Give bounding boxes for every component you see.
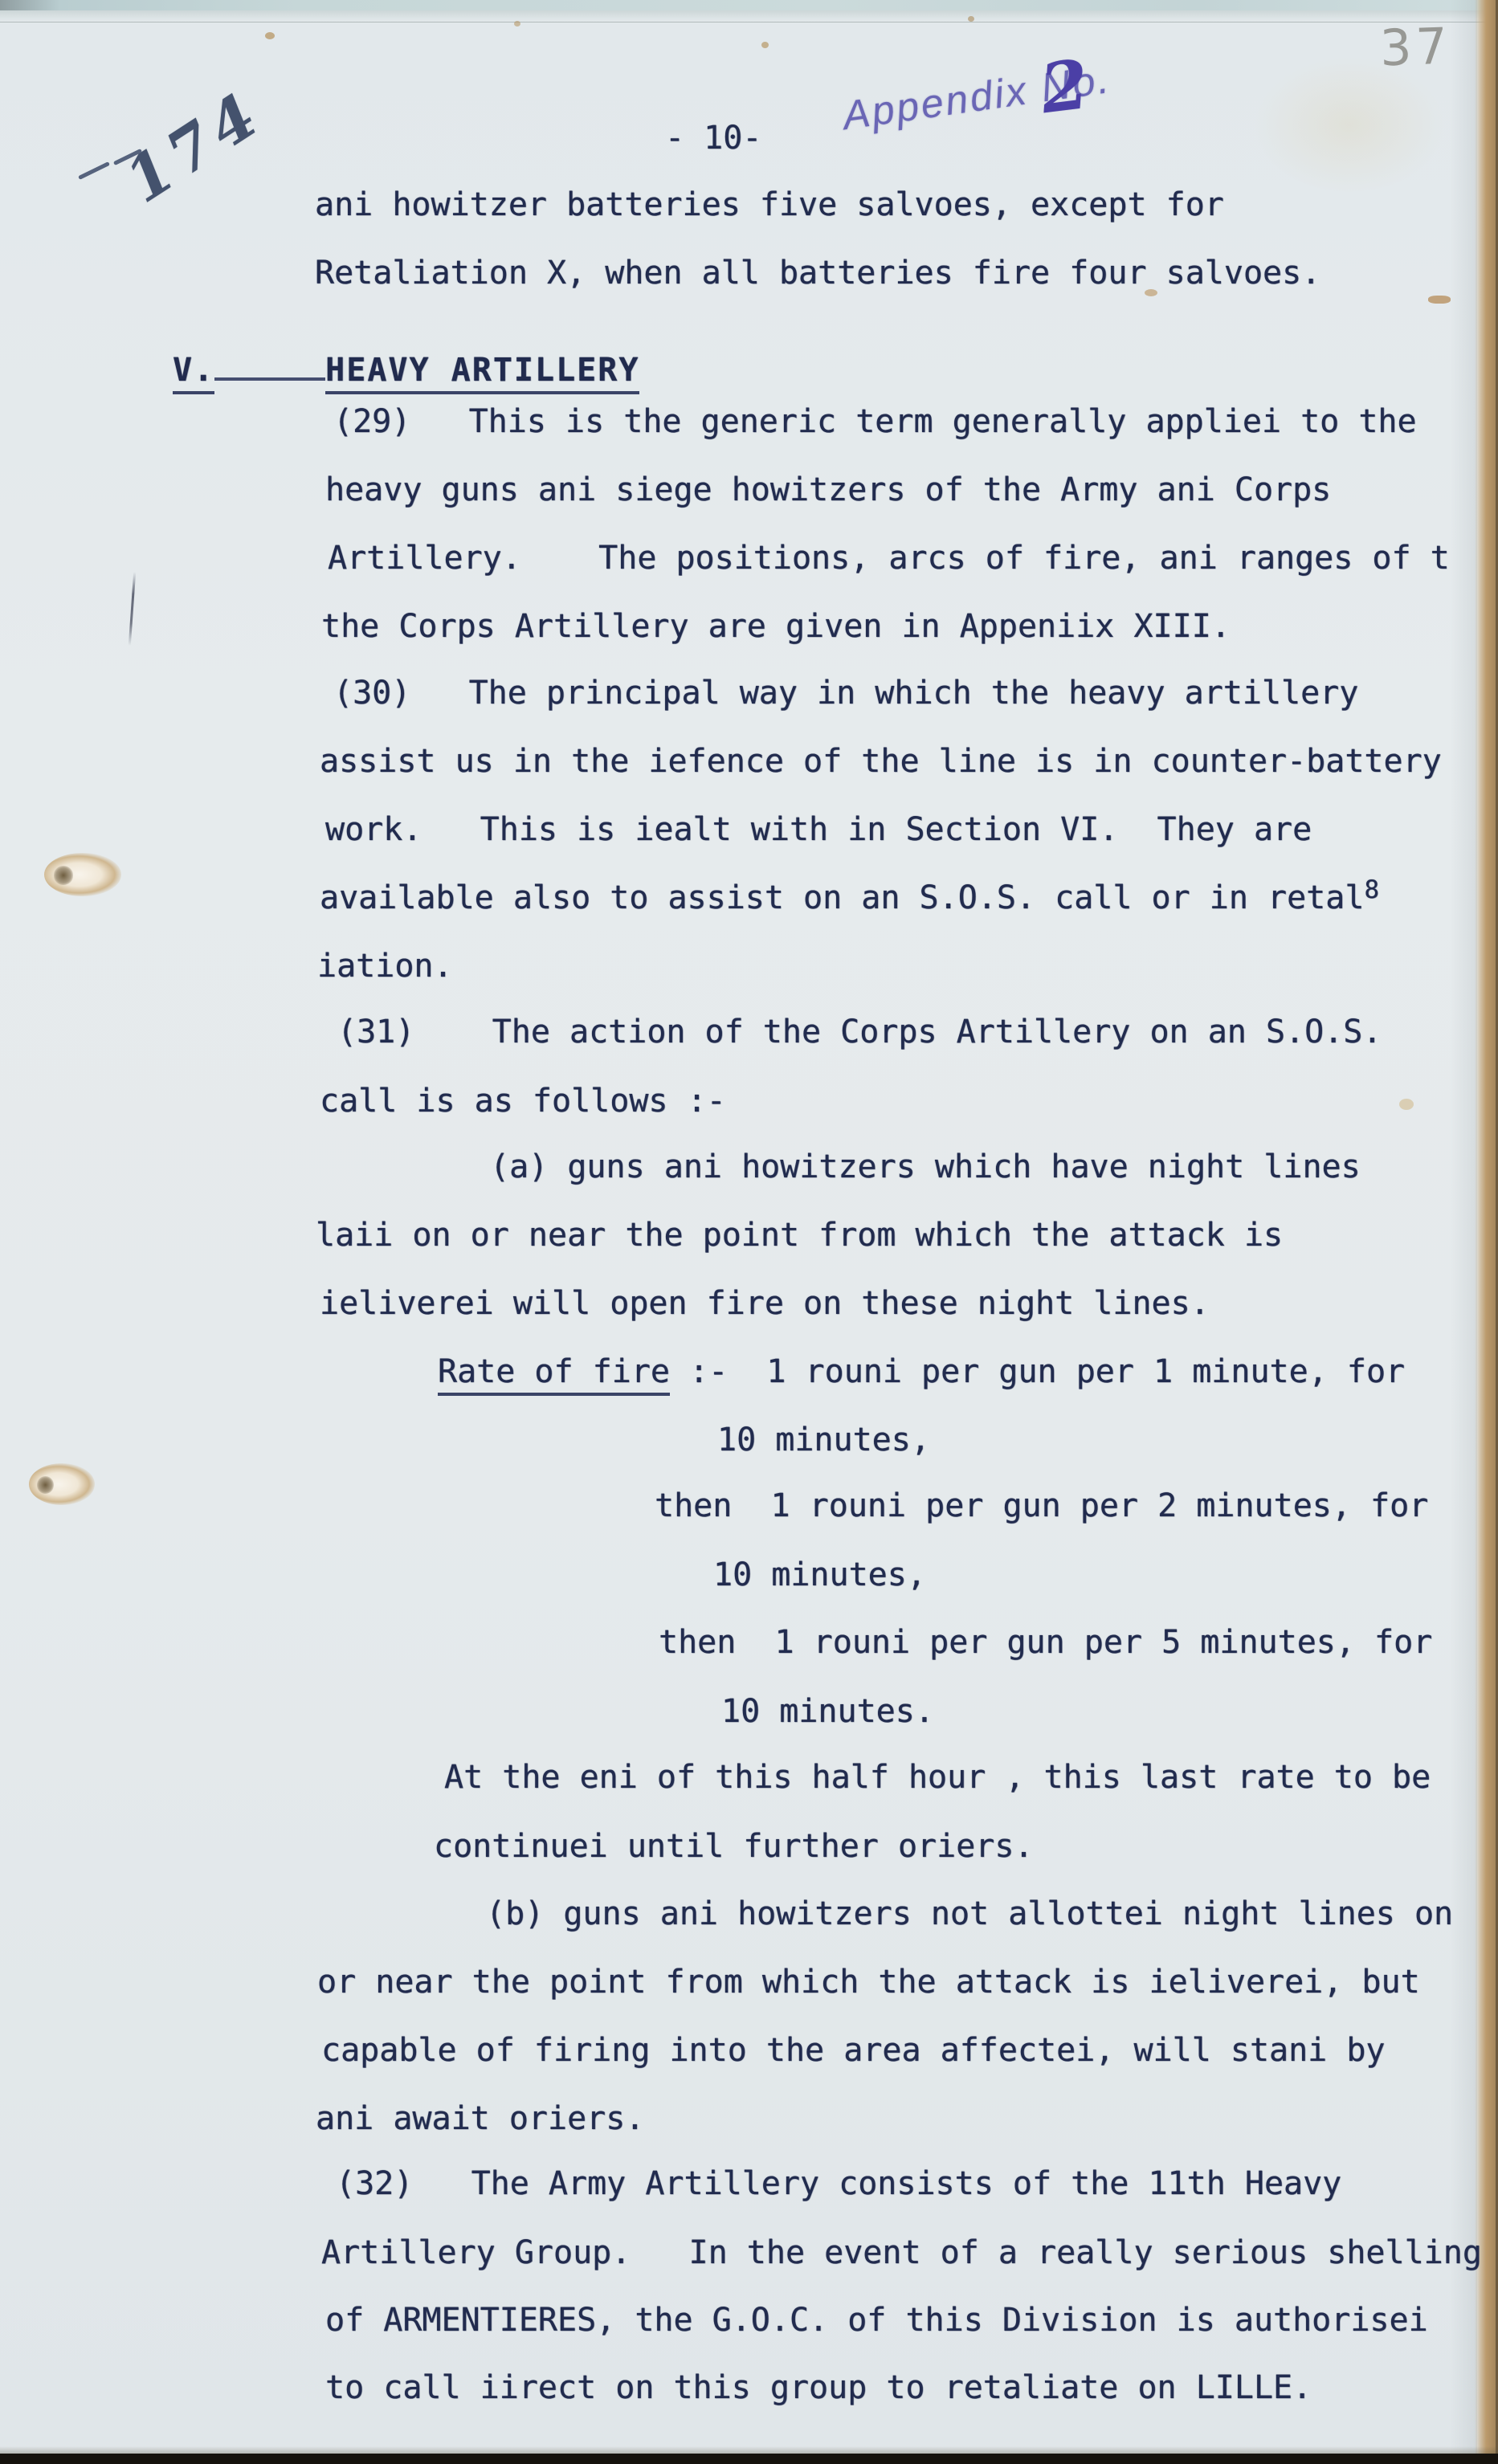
page-bottom-shadow bbox=[0, 2446, 1498, 2454]
section-title: HEAVY ARTILLERY bbox=[325, 352, 639, 394]
paper-speck bbox=[514, 21, 520, 27]
typed-line-para30-3: work. This is iealt with in Section VI. … bbox=[325, 814, 1312, 846]
typed-line-para29-1: (29) This is the generic term generally … bbox=[333, 406, 1417, 438]
section-number: V. bbox=[173, 352, 214, 394]
typed-line-para31-2: call is as follows :- bbox=[320, 1085, 726, 1117]
typed-line-rate-5: then 1 rouni per gun per 5 minutes, for bbox=[659, 1626, 1432, 1658]
rate-of-fire-label: Rate of fire bbox=[438, 1353, 670, 1396]
paper-stain bbox=[1253, 56, 1446, 193]
typed-line-para31b-4: ani await oriers. bbox=[316, 2103, 644, 2135]
typed-line-para32-3: of ARMENTIERES, the G.O.C. of this Divis… bbox=[325, 2304, 1428, 2336]
paper-speck bbox=[761, 42, 769, 48]
typed-line-para31b-3: capable of firing into the area affectei… bbox=[321, 2034, 1386, 2066]
retal-line-raised-char: 8 bbox=[1364, 874, 1379, 906]
paper-hole-shadow bbox=[54, 866, 74, 885]
paper-speck bbox=[968, 16, 974, 22]
typed-line-para30-4: available also to assist on an S.O.S. ca… bbox=[320, 882, 1379, 916]
retal-line-main: available also to assist on an S.O.S. ca… bbox=[320, 879, 1364, 916]
typed-line-para30-5: iation. bbox=[317, 950, 453, 982]
page-right-shadow bbox=[1450, 0, 1477, 2464]
typed-line-para30-1: (30) The principal way in which the heav… bbox=[333, 677, 1358, 709]
paper-hole bbox=[29, 1463, 95, 1505]
typed-line-rate-8: continuei until further oriers. bbox=[434, 1830, 1034, 1862]
typed-line-para31b-1: (b) guns ani howitzers not allottei nigh… bbox=[486, 1898, 1453, 1930]
typed-line-para31b-2: or near the point from which the attack … bbox=[317, 1966, 1420, 1998]
paper-speck bbox=[1428, 296, 1451, 304]
paper-speck bbox=[265, 32, 275, 39]
appendix-stamp-number: 2 bbox=[1036, 44, 1092, 129]
section-heading: V.HEAVY ARTILLERY bbox=[173, 353, 639, 386]
page-bottom-edge bbox=[0, 2454, 1498, 2464]
rate-of-fire-rest: :- 1 rouni per gun per 1 minute, for bbox=[670, 1353, 1405, 1390]
paper-crease-mark bbox=[129, 572, 136, 646]
typed-line-para29-4: the Corps Artillery are given in Appenii… bbox=[321, 610, 1231, 643]
typed-line-para31a-1: (a) guns ani howitzers which have night … bbox=[490, 1151, 1361, 1183]
page-number: - 10- bbox=[665, 122, 761, 154]
rate-of-fire-line: Rate of fire :- 1 rouni per gun per 1 mi… bbox=[438, 1356, 1405, 1388]
paper-hole bbox=[44, 853, 121, 896]
page-top-crease bbox=[0, 10, 1498, 22]
page-right-edge bbox=[1475, 0, 1498, 2464]
typed-line-rate-3: then 1 rouni per gun per 2 minutes, for bbox=[655, 1490, 1428, 1522]
paper-speck bbox=[1399, 1099, 1414, 1110]
typed-line-para29-3: Artillery. The positions, arcs of fire, … bbox=[328, 542, 1450, 574]
typed-line-intro-1: ani howitzer batteries five salvoes, exc… bbox=[315, 189, 1224, 221]
typed-line-para31a-3: ieliverei will open fire on these night … bbox=[320, 1287, 1210, 1320]
typed-line-para30-2: assist us in the iefence of the line is … bbox=[320, 745, 1442, 777]
typed-line-para29-2: heavy guns ani siege howitzers of the Ar… bbox=[325, 474, 1331, 506]
typed-line-rate-6: 10 minutes. bbox=[721, 1695, 934, 1728]
pencil-corner-number: 37 bbox=[1379, 16, 1452, 77]
scanned-document-page: 37 Appendix No. 2 174 - 10- ani howitzer… bbox=[0, 0, 1498, 2464]
handwritten-folio-number: 174 bbox=[112, 76, 275, 216]
typed-line-para32-1: (32) The Army Artillery consists of the … bbox=[336, 2168, 1341, 2200]
typed-line-para31a-2: laii on or near the point from which the… bbox=[316, 1219, 1283, 1251]
heading-underline-filler bbox=[214, 353, 325, 381]
typed-line-para32-4: to call iirect on this group to retaliat… bbox=[325, 2372, 1312, 2404]
typed-line-rate-7: At the eni of this half hour , this last… bbox=[444, 1761, 1431, 1793]
typed-line-para32-2: Artillery Group. In the event of a reall… bbox=[321, 2237, 1482, 2269]
typed-line-rate-4: 10 minutes, bbox=[713, 1559, 926, 1591]
page-top-edge bbox=[0, 0, 1498, 10]
typed-line-intro-2: Retaliation X, when all batteries fire f… bbox=[315, 257, 1320, 289]
folio-dash-mark bbox=[78, 161, 110, 180]
typed-line-rate-2: 10 minutes, bbox=[717, 1424, 930, 1456]
typed-line-para31-1: (31) The action of the Corps Artillery o… bbox=[337, 1016, 1382, 1048]
